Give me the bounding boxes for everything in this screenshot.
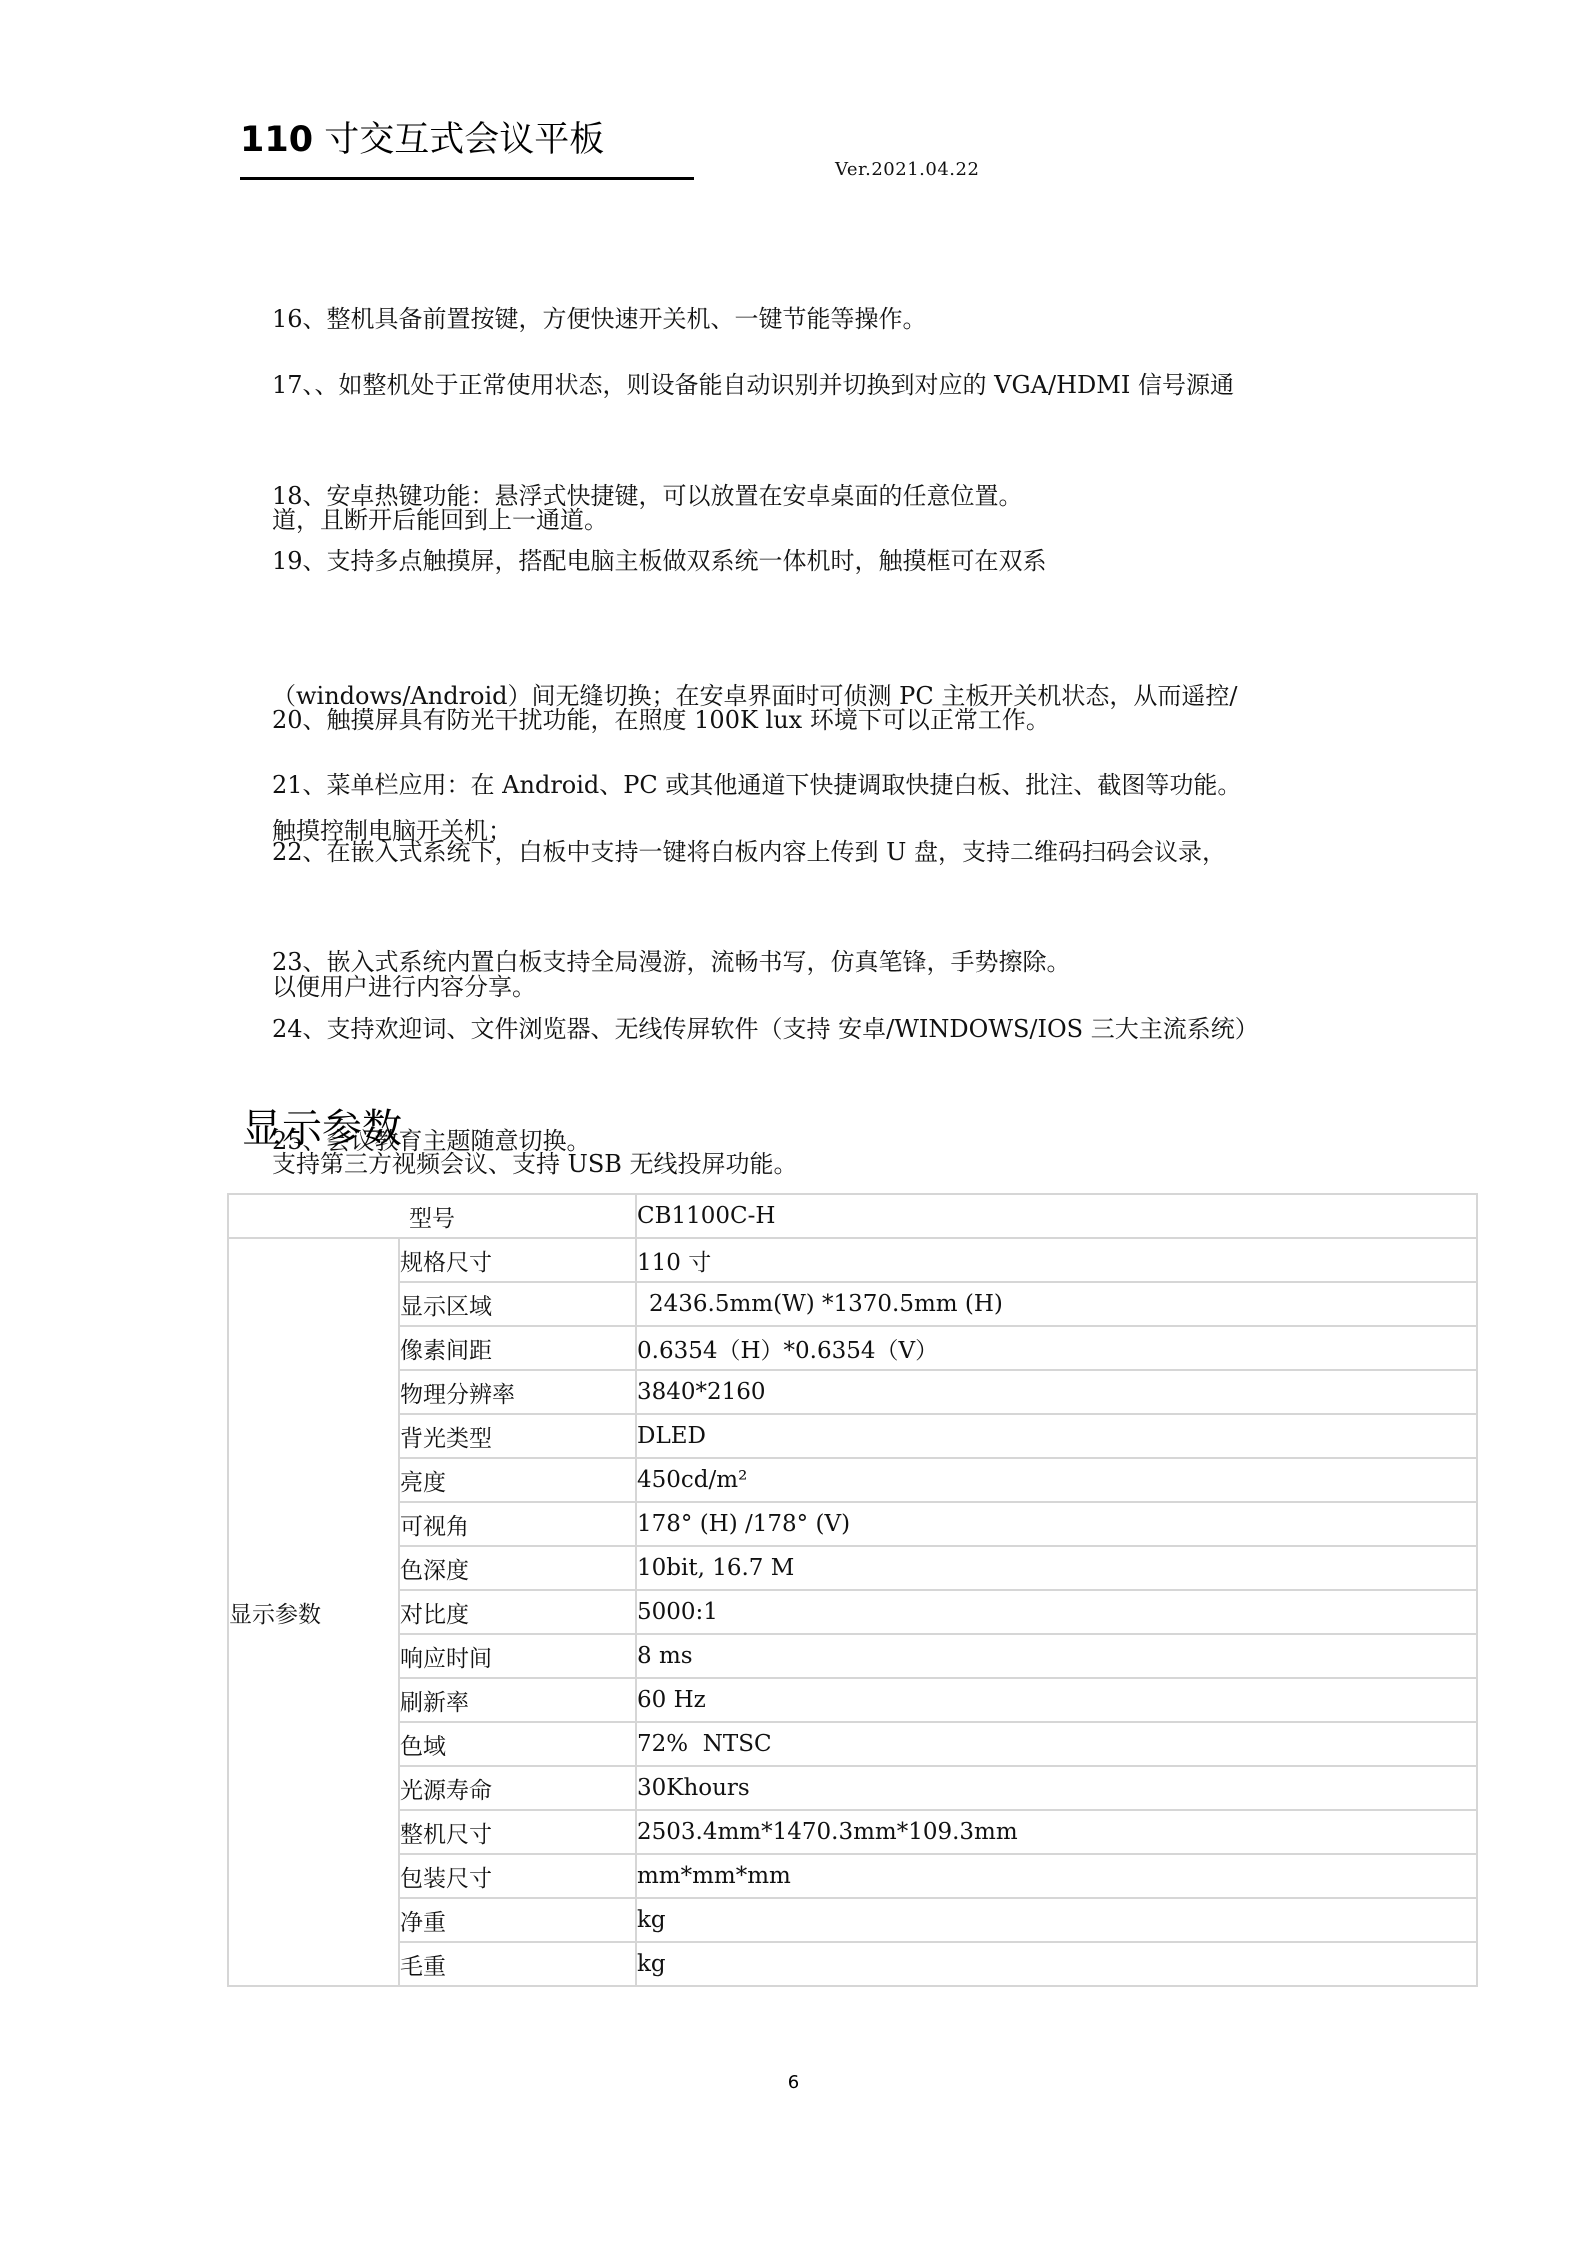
table-row: 光源寿命 30Khours (228, 1766, 1477, 1810)
param-label: 可视角 (399, 1502, 636, 1546)
table-row: 响应时间 8 ms (228, 1634, 1477, 1678)
param-value: 2503.4mm*1470.3mm*109.3mm (636, 1810, 1477, 1854)
page-number: 6 (0, 2072, 1587, 2093)
model-value: CB1100C-H (636, 1194, 1477, 1238)
section-heading-display-params: 显示参数 (242, 1104, 402, 1154)
feature-item-line: 19、支持多点触摸屏，搭配电脑主板做双系统一体机时，触摸框可在双系 (272, 539, 1362, 584)
document-title-number: 110 (240, 120, 313, 160)
document-title: 110 寸交互式会议平板 (240, 118, 604, 162)
param-label: 规格尺寸 (399, 1238, 636, 1282)
param-label: 亮度 (399, 1458, 636, 1502)
param-value: 10bit, 16.7 M (636, 1546, 1477, 1590)
param-value: 60 Hz (636, 1678, 1477, 1722)
param-label: 净重 (399, 1898, 636, 1942)
table-row: 显示区域 2436.5mm(W) *1370.5mm (H) (228, 1282, 1477, 1326)
param-value: 8 ms (636, 1634, 1477, 1678)
table-row: 毛重 kg (228, 1942, 1477, 1986)
param-label: 毛重 (399, 1942, 636, 1986)
param-value: 30Khours (636, 1766, 1477, 1810)
param-value: kg (636, 1942, 1477, 1986)
table-row: 可视角 178° (H) /178° (V) (228, 1502, 1477, 1546)
param-label: 整机尺寸 (399, 1810, 636, 1854)
table-row: 色域 72% NTSC (228, 1722, 1477, 1766)
table-row: 显示参数 规格尺寸 110 寸 (228, 1238, 1477, 1282)
param-value: 450cd/m² (636, 1458, 1477, 1502)
param-value: 5000:1 (636, 1590, 1477, 1634)
table-row: 包装尺寸 mm*mm*mm (228, 1854, 1477, 1898)
table-row: 色深度 10bit, 16.7 M (228, 1546, 1477, 1590)
table-row: 刷新率 60 Hz (228, 1678, 1477, 1722)
feature-item-line: 25、会议教育主题随意切换。 (272, 1119, 1362, 1164)
table-row: 像素间距 0.6354（H）*0.6354（V） (228, 1326, 1477, 1370)
param-label: 物理分辨率 (399, 1370, 636, 1414)
param-label: 对比度 (399, 1590, 636, 1634)
param-label: 响应时间 (399, 1634, 636, 1678)
param-label: 色深度 (399, 1546, 636, 1590)
param-value: DLED (636, 1414, 1477, 1458)
param-value: 3840*2160 (636, 1370, 1477, 1414)
param-label: 背光类型 (399, 1414, 636, 1458)
display-spec-table: 型号 CB1100C-H 显示参数 规格尺寸 110 寸 显示区域 2436.5… (227, 1193, 1478, 1987)
param-label: 色域 (399, 1722, 636, 1766)
table-row: 亮度 450cd/m² (228, 1458, 1477, 1502)
table-row: 背光类型 DLED (228, 1414, 1477, 1458)
param-value: 110 寸 (636, 1238, 1477, 1282)
param-label: 包装尺寸 (399, 1854, 636, 1898)
param-value: kg (636, 1898, 1477, 1942)
table-row: 净重 kg (228, 1898, 1477, 1942)
group-label-display-params: 显示参数 (228, 1238, 399, 1986)
table-row: 对比度 5000:1 (228, 1590, 1477, 1634)
param-label: 光源寿命 (399, 1766, 636, 1810)
document-title-text: 寸交互式会议平板 (313, 120, 604, 160)
param-label: 像素间距 (399, 1326, 636, 1370)
param-label: 刷新率 (399, 1678, 636, 1722)
header-underline (240, 177, 694, 180)
param-value: 72% NTSC (636, 1722, 1477, 1766)
table-row: 整机尺寸 2503.4mm*1470.3mm*109.3mm (228, 1810, 1477, 1854)
document-version: Ver.2021.04.22 (835, 158, 979, 182)
param-value: 0.6354（H）*0.6354（V） (636, 1326, 1477, 1370)
table-row: 物理分辨率 3840*2160 (228, 1370, 1477, 1414)
param-value: 178° (H) /178° (V) (636, 1502, 1477, 1546)
param-label: 显示区域 (399, 1282, 636, 1326)
param-value: 2436.5mm(W) *1370.5mm (H) (636, 1282, 1477, 1326)
param-value: mm*mm*mm (636, 1854, 1477, 1898)
model-label: 型号 (228, 1194, 636, 1238)
table-row-model: 型号 CB1100C-H (228, 1194, 1477, 1238)
